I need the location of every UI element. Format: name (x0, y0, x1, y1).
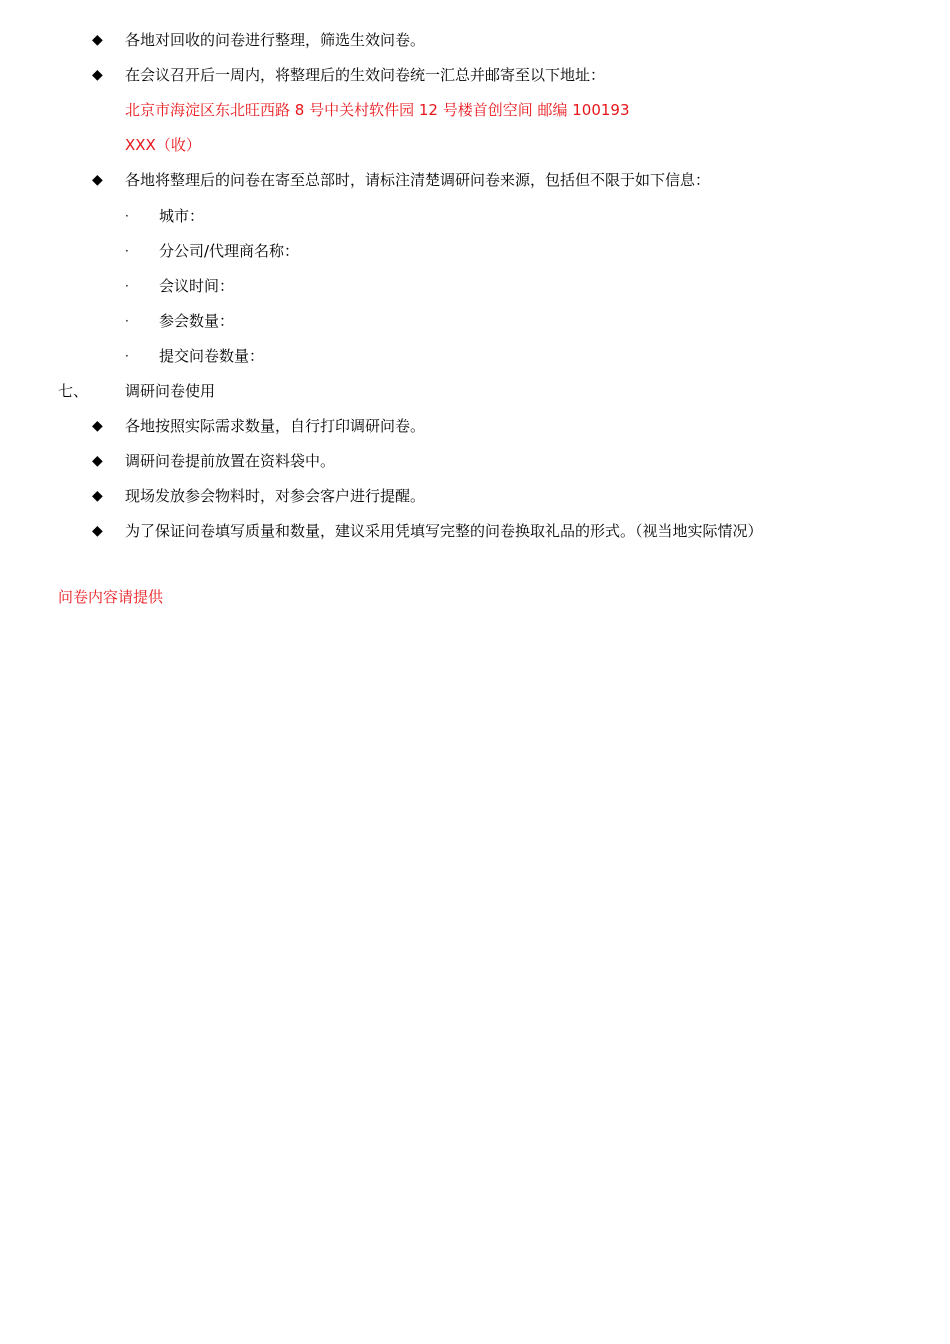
list-item-text: 各地对回收的问卷进行整理，筛选生效问卷。 (125, 29, 425, 51)
info-field-label: 城市： (159, 205, 204, 227)
survey-content-note: 问卷内容请提供 (0, 586, 950, 608)
dot-bullet-icon: · (125, 310, 129, 332)
diamond-bullet-icon: ◆ (92, 29, 103, 51)
list-item-text: 各地按照实际需求数量，自行打印调研问卷。 (125, 415, 425, 437)
list-item: ◆ 各地按照实际需求数量，自行打印调研问卷。 (0, 415, 950, 437)
info-field-label: 会议时间： (159, 275, 234, 297)
info-field-attendee-count: · 参会数量： (0, 310, 950, 332)
info-field-meeting-time: · 会议时间： (0, 275, 950, 297)
diamond-bullet-icon: ◆ (92, 450, 103, 472)
list-item: ◆ 各地对回收的问卷进行整理，筛选生效问卷。 (0, 29, 950, 51)
info-field-branch-name: · 分公司/代理商名称： (0, 240, 950, 262)
list-item-text: 现场发放参会物料时，对参会客户进行提醒。 (125, 485, 425, 507)
mailing-address: 北京市海淀区东北旺西路 8 号中关村软件园 12 号楼首创空间 邮编 10019… (0, 99, 950, 121)
section-number: 七、 (58, 380, 88, 402)
info-field-label: 提交问卷数量： (159, 345, 264, 367)
diamond-bullet-icon: ◆ (92, 485, 103, 507)
note-text: 问卷内容请提供 (58, 586, 163, 608)
list-item: ◆ 为了保证问卷填写质量和数量，建议采用凭填写完整的问卷换取礼品的形式。（视当地… (0, 520, 950, 542)
info-field-city: · 城市： (0, 205, 950, 227)
list-item: ◆ 调研问卷提前放置在资料袋中。 (0, 450, 950, 472)
mailing-recipient: XXX（收） (0, 134, 950, 156)
address-line-2: XXX（收） (125, 134, 201, 156)
list-item: ◆ 各地将整理后的问卷在寄至总部时，请标注清楚调研问卷来源，包括但不限于如下信息… (0, 169, 950, 191)
dot-bullet-icon: · (125, 205, 129, 227)
dot-bullet-icon: · (125, 275, 129, 297)
list-item-text: 各地将整理后的问卷在寄至总部时，请标注清楚调研问卷来源，包括但不限于如下信息： (125, 169, 710, 191)
dot-bullet-icon: · (125, 240, 129, 262)
dot-bullet-icon: · (125, 345, 129, 367)
list-item-text: 在会议召开后一周内，将整理后的生效问卷统一汇总并邮寄至以下地址： (125, 64, 605, 86)
info-field-survey-count: · 提交问卷数量： (0, 345, 950, 367)
diamond-bullet-icon: ◆ (92, 169, 103, 191)
list-item-text: 调研问卷提前放置在资料袋中。 (125, 450, 335, 472)
info-field-label: 分公司/代理商名称： (159, 240, 299, 262)
list-item: ◆ 在会议召开后一周内，将整理后的生效问卷统一汇总并邮寄至以下地址： (0, 64, 950, 86)
section-title: 调研问卷使用 (125, 380, 215, 402)
diamond-bullet-icon: ◆ (92, 64, 103, 86)
diamond-bullet-icon: ◆ (92, 520, 103, 542)
address-line-1: 北京市海淀区东北旺西路 8 号中关村软件园 12 号楼首创空间 邮编 10019… (125, 99, 630, 121)
list-item-text: 为了保证问卷填写质量和数量，建议采用凭填写完整的问卷换取礼品的形式。（视当地实际… (125, 520, 763, 542)
info-field-label: 参会数量： (159, 310, 234, 332)
list-item: ◆ 现场发放参会物料时，对参会客户进行提醒。 (0, 485, 950, 507)
diamond-bullet-icon: ◆ (92, 415, 103, 437)
section-heading: 七、 调研问卷使用 (0, 380, 950, 402)
